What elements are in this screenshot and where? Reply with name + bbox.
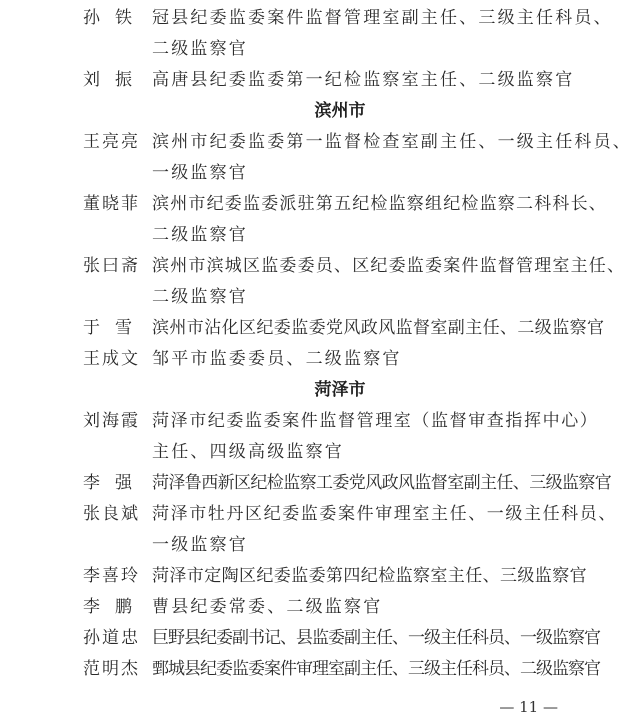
list-item: 刘 振 高唐县纪委监委第一纪检监察室主任、二级监察官 xyxy=(0,65,640,96)
position-text: 菏泽市定陶区纪委监委第四纪检监察室主任、三级监察官 xyxy=(152,561,587,592)
name-char: 孙 xyxy=(83,3,100,34)
position-text: 二级监察官 xyxy=(152,34,248,65)
city-heading: 滨州市 xyxy=(0,96,640,127)
list-item: 董晓菲 滨州市纪委监委派驻第五纪检监察组纪检监察二科科长、 xyxy=(0,189,640,220)
position-text: 冠县纪委监委案件监督管理室副主任、三级主任科员、 xyxy=(152,3,613,34)
list-item: 李喜玲 菏泽市定陶区纪委监委第四纪检监察室主任、三级监察官 xyxy=(0,561,640,592)
person-name: 李 强 xyxy=(83,468,132,499)
position-text: 二级监察官 xyxy=(152,220,248,251)
name-char: 李 xyxy=(83,468,100,499)
name-char: 强 xyxy=(115,468,132,499)
name-char: 雪 xyxy=(115,313,132,344)
list-item: 张良斌 菏泽市牡丹区纪委监委案件审理室主任、一级主任科员、 xyxy=(0,499,640,530)
city-heading: 菏泽市 xyxy=(0,375,640,406)
position-text: 菏泽鲁西新区纪检监察工委党风政风监督室副主任、三级监察官 xyxy=(152,468,611,499)
position-text: 滨州市纪委监委第一监督检查室副主任、一级主任科员、 xyxy=(152,127,632,158)
person-name: 于 雪 xyxy=(83,313,132,344)
position-text: 滨州市沾化区纪委监委党风政风监督室副主任、二级监察官 xyxy=(152,313,604,344)
list-item-continuation: 一级监察官 xyxy=(0,530,640,561)
position-text: 鄄城县纪委监委案件审理室副主任、三级主任科员、二级监察官 xyxy=(152,654,600,685)
document-page: 孙 铁 冠县纪委监委案件监督管理室副主任、三级主任科员、 二级监察官 刘 振 高… xyxy=(0,3,640,685)
name-char: 鹏 xyxy=(115,592,132,623)
list-item: 范明杰 鄄城县纪委监委案件审理室副主任、三级主任科员、二级监察官 xyxy=(0,654,640,685)
position-text: 菏泽市纪委监委案件监督管理室（监督审查指挥中心） xyxy=(152,406,598,437)
list-item-continuation: 主任、四级高级监察官 xyxy=(0,437,640,468)
position-text: 高唐县纪委监委第一纪检监察室主任、二级监察官 xyxy=(152,65,574,96)
list-item-continuation: 二级监察官 xyxy=(0,282,640,313)
list-item: 王成文 邹平市监委委员、二级监察官 xyxy=(0,344,640,375)
position-text: 一级监察官 xyxy=(152,158,248,189)
position-text: 滨州市滨城区监委委员、区纪委监委案件监督管理室主任、 xyxy=(152,251,625,282)
position-text: 菏泽市牡丹区纪委监委案件审理室主任、一级主任科员、 xyxy=(152,499,617,530)
person-name: 董晓菲 xyxy=(83,189,152,220)
list-item: 于 雪 滨州市沾化区纪委监委党风政风监督室副主任、二级监察官 xyxy=(0,313,640,344)
name-char: 李 xyxy=(83,592,100,623)
person-name: 王亮亮 xyxy=(83,127,152,158)
position-text: 一级监察官 xyxy=(152,530,248,561)
position-text: 主任、四级高级监察官 xyxy=(152,437,344,468)
person-name: 张良斌 xyxy=(83,499,152,530)
person-name: 刘海霞 xyxy=(83,406,152,437)
list-item: 王亮亮 滨州市纪委监委第一监督检查室副主任、一级主任科员、 xyxy=(0,127,640,158)
position-text: 邹平市监委委员、二级监察官 xyxy=(152,344,402,375)
position-text: 二级监察官 xyxy=(152,282,248,313)
list-item-continuation: 一级监察官 xyxy=(0,158,640,189)
person-name: 范明杰 xyxy=(83,654,152,685)
person-name: 孙道忠 xyxy=(83,623,152,654)
list-item-continuation: 二级监察官 xyxy=(0,34,640,65)
list-item-continuation: 二级监察官 xyxy=(0,220,640,251)
list-item: 李 强 菏泽鲁西新区纪检监察工委党风政风监督室副主任、三级监察官 xyxy=(0,468,640,499)
page-number: — 11 — xyxy=(499,698,558,716)
list-item: 李 鹏 曹县纪委常委、二级监察官 xyxy=(0,592,640,623)
person-name: 张曰斋 xyxy=(83,251,152,282)
name-char: 于 xyxy=(83,313,100,344)
list-item: 张曰斋 滨州市滨城区监委委员、区纪委监委案件监督管理室主任、 xyxy=(0,251,640,282)
list-item: 刘海霞 菏泽市纪委监委案件监督管理室（监督审查指挥中心） xyxy=(0,406,640,437)
position-text: 曹县纪委常委、二级监察官 xyxy=(152,592,382,623)
list-item: 孙道忠 巨野县纪委副书记、县监委副主任、一级主任科员、一级监察官 xyxy=(0,623,640,654)
name-char: 铁 xyxy=(115,3,132,34)
person-name: 李喜玲 xyxy=(83,561,152,592)
person-name: 孙 铁 xyxy=(83,3,132,34)
person-name: 王成文 xyxy=(83,344,152,375)
position-text: 巨野县纪委副书记、县监委副主任、一级主任科员、一级监察官 xyxy=(152,623,600,654)
list-item: 孙 铁 冠县纪委监委案件监督管理室副主任、三级主任科员、 xyxy=(0,3,640,34)
person-name: 李 鹏 xyxy=(83,592,132,623)
position-text: 滨州市纪委监委派驻第五纪检监察组纪检监察二科科长、 xyxy=(152,189,607,220)
name-char: 振 xyxy=(115,65,132,96)
person-name: 刘 振 xyxy=(83,65,132,96)
name-char: 刘 xyxy=(83,65,100,96)
